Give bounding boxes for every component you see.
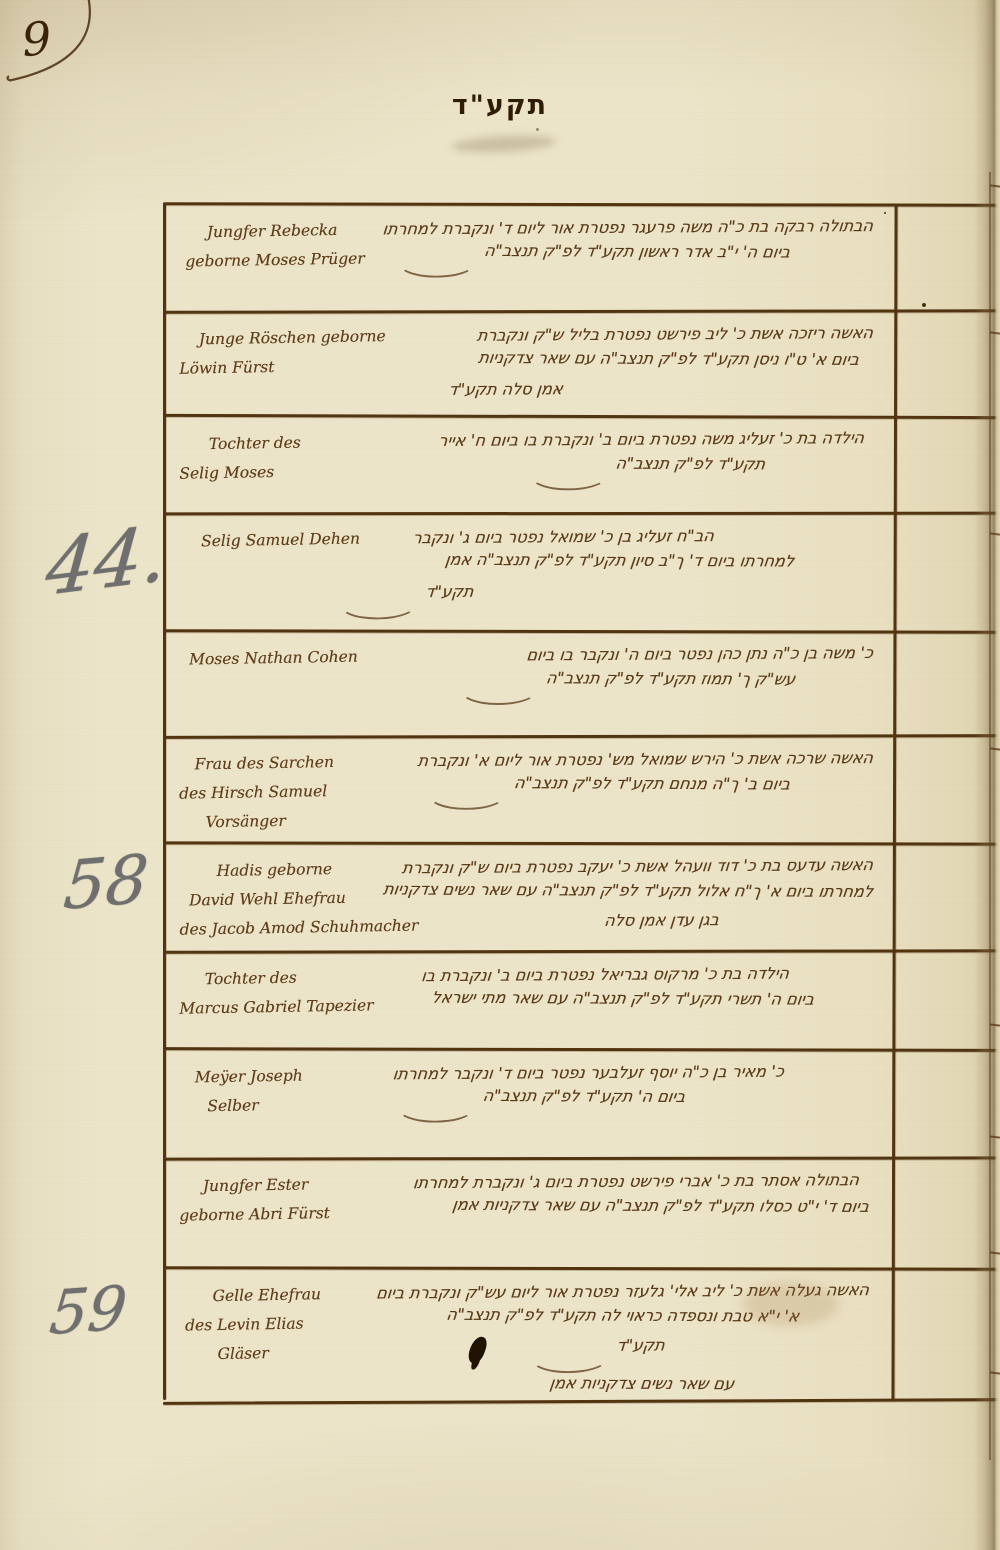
hebrew-script-line: ביום ב' ך"ה מנחם תקע"ד לפ"ק תנצב"ה (326, 768, 876, 812)
hebrew-script-column: הב"ח זעליג בן כ' שמואל נפטר ביום ג' ונקב… (329, 521, 873, 616)
page-edge-line (989, 172, 991, 1460)
paper-stain (742, 1282, 838, 1326)
ink-speck (922, 303, 926, 307)
hebrew-script-line: ביום ד' י"ט כסלו תקע"ד לפ"ק תנצב"ה עם שא… (327, 1190, 875, 1220)
hebrew-script-column: האשה ריזכה אשת כ' ליב פירשט נפטרת בליל ש… (329, 319, 873, 400)
pen-flourish (0, 0, 130, 100)
hebrew-script-column: הבתולה אסתר בת כ' אברי פירשט נפטרת ביום … (329, 1166, 873, 1220)
hebrew-script-line: תקע"ד (326, 575, 875, 620)
hebrew-script-line: תקע"ד לפ"ק תנצב"ה (326, 448, 876, 492)
table-row: Junge Röschen geborneLöwin Fürstהאשה ריז… (163, 310, 893, 415)
table-row: Frau des Sarchendes Hirsch SamuelVorsäng… (163, 735, 893, 842)
hebrew-script-column: הבתולה רבקה בת כ"ה משה פרעגר נפטרת אור ל… (329, 212, 873, 280)
margin-number: 44. (42, 508, 170, 613)
hebrew-script-line: למחרתו ביום א' ך"ח אלול תקע"ד לפ"ק תנצב"… (327, 875, 875, 905)
table-row: Selig Samuel Dehenהב"ח זעליג בן כ' שמואל… (163, 512, 893, 630)
table-row: Moses Nathan Cohenכ' משה בן כ"ה נתן כהן … (163, 630, 893, 735)
hebrew-script-column: כ' מאיר בן כ"ה יוסף זעלבער נפטר ביום ד' … (329, 1057, 873, 1125)
hebrew-script-column: האשה שרכה אשת כ' הירש שמואל מש' נפטרת או… (329, 744, 873, 812)
pen-loop-flourish (395, 1093, 477, 1123)
hebrew-script-line: ביום ה' י"ב אדר ראשון תקע"ד לפ"ק תנצב"ה (326, 236, 876, 280)
pen-loop-flourish (458, 675, 540, 705)
margin-number: 59 (46, 1273, 130, 1349)
hebrew-script-line: למחרתו ביום ד' ך"ב סיון תקע"ד לפ"ק תנצב"… (327, 545, 875, 575)
hebrew-script-column: האשה עדעס בת כ' דוד וועהל אשת כ' יעקב נפ… (329, 851, 873, 932)
hebrew-script-line: ביום ה' תקע"ד לפ"ק תנצב"ה (326, 1081, 876, 1125)
pen-loop-flourish (528, 460, 610, 490)
table-row: Meÿer JosephSelberכ' מאיר בן כ"ה יוסף זע… (163, 1048, 893, 1157)
hebrew-script-column: הילדה בת כ' מרקוס גבריאל נפטרת ביום ב' ו… (329, 959, 873, 1013)
pen-loop-flourish (396, 248, 478, 278)
hebrew-script-line: אמן סלה תקע"ד (327, 373, 875, 404)
hebrew-year-header: תקע"ד (0, 90, 1000, 121)
hebrew-script-line: ביום ה' תשרי תקע"ד לפ"ק תנצב"ה עם שאר מת… (327, 983, 875, 1013)
table-row: Jungfer Rebeckageborne Moses Prügerהבתול… (163, 203, 893, 310)
hebrew-script-line: בגן עדן אמן סלה (327, 905, 875, 936)
margin-number: 58 (61, 840, 151, 925)
table-row: Tochter desSelig Mosesהילדה בת כ' זעליג … (163, 415, 893, 512)
hebrew-script-line: ביום א' ט"ו ניסן תקע"ד לפ"ק תנצב"ה עם שא… (327, 343, 875, 373)
table-row: Jungfer Estergeborne Abri Fürstהבתולה אס… (163, 1157, 893, 1267)
hebrew-script-line: עם שאר נשים צדקניות אמן (327, 1368, 875, 1398)
page-edge (974, 0, 1000, 1550)
table-row: Tochter desMarcus Gabriel Tapezierהילדה … (163, 950, 893, 1048)
ink-speck (884, 212, 886, 214)
hebrew-script-column: הילדה בת כ' זעליג משה נפטרת ביום ב' ונקב… (329, 424, 873, 492)
hebrew-script-column: כ' משה בן כ"ה נתן כהן נפטר ביום ה' ונקבר… (329, 639, 873, 707)
pen-loop-flourish (426, 780, 508, 810)
ink-speck (536, 128, 539, 131)
pen-loop-flourish (338, 589, 420, 620)
table-row: Hadis geborneDavid Wehl Ehefraudes Jacob… (163, 842, 893, 950)
hebrew-script-line: עש"ק ך' תמוז תקע"ד לפ"ק תנצב"ה (326, 663, 876, 707)
